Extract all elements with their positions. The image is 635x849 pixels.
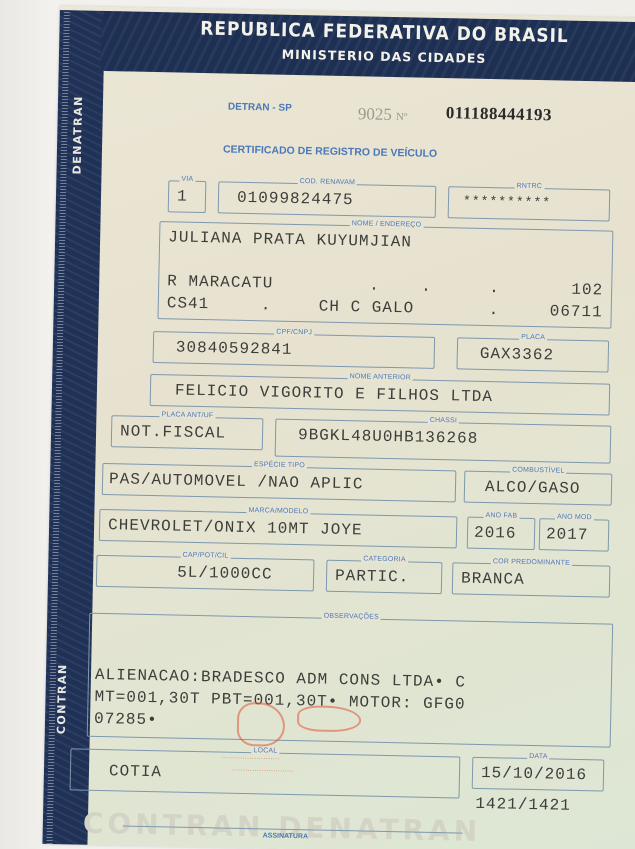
field-label: CAP/POT/CIL xyxy=(181,552,231,560)
field-year-manufacture: ANO FAB 2016 xyxy=(467,517,536,550)
field-label: ESPÉCIE TIPO xyxy=(252,461,307,469)
field-color: COR PREDOMINANTE BRANCA xyxy=(452,562,611,597)
field-name-address: NOME / ENDEREÇO JULIANA PRATA KUYUMJIAN … xyxy=(157,221,613,328)
field-label: COD. RENAVAM xyxy=(298,178,358,186)
field-via: VIA 1 xyxy=(168,180,207,213)
field-label: NOME ANTERIOR xyxy=(348,373,413,381)
field-category: CATEGORIA PARTIC. xyxy=(326,560,443,594)
field-value: 07285• xyxy=(94,710,158,729)
field-value: PARTIC. xyxy=(335,567,410,587)
side-label-contran: CONTRAN xyxy=(55,663,69,734)
stamp-text: ························· xyxy=(221,755,279,763)
field-previous-owner: NOME ANTERIOR FELICIO VIGORITO E FILHOS … xyxy=(150,374,611,416)
field-value: FELICIO VIGORITO E FILHOS LTDA xyxy=(175,381,493,406)
field-make-model: MARCA/MODELO CHEVROLET/ONIX 10MT JOYE xyxy=(99,509,458,548)
field-value: CHEVROLET/ONIX 10MT JOYE xyxy=(108,516,363,539)
field-value: BRANCA xyxy=(461,570,525,589)
street-number: 102 xyxy=(571,281,603,300)
owner-name: JULIANA PRATA KUYUMJIAN xyxy=(168,228,412,251)
field-value: 01099824475 xyxy=(237,189,354,209)
field-value: . xyxy=(369,277,380,295)
field-value: ALIENACAO:BRADESCO ADM CONS LTDA• C xyxy=(95,666,466,692)
stamp-text: ··························· xyxy=(231,767,294,775)
field-cpf-cnpj: CPF/CNPJ 30840592841 xyxy=(153,331,436,369)
field-value: 30840592841 xyxy=(176,339,293,359)
field-placa: PLACA GAX3362 xyxy=(456,337,609,372)
field-fuel: COMBUSTÍVEL ALCO/GASO xyxy=(464,471,613,506)
zip-code: 06711 xyxy=(550,302,603,321)
field-value: . xyxy=(489,279,500,297)
document-title: CERTIFICADO DE REGISTRO DE VEÍCULO xyxy=(223,143,437,159)
field-value: . xyxy=(261,296,272,314)
field-label: VIA xyxy=(179,176,195,183)
date-sub-code: 1421/1421 xyxy=(475,795,571,815)
field-label: LOCAL xyxy=(251,747,279,755)
field-label: CPF/CNPJ xyxy=(274,329,314,337)
signature-label: ASSINATURA xyxy=(263,832,309,840)
field-value: 1 xyxy=(177,187,188,205)
field-date: DATA 15/10/2016 xyxy=(472,757,605,792)
field-label: ANO FAB xyxy=(483,512,519,520)
field-value: 2016 xyxy=(474,524,517,543)
field-previous-plate: PLACA ANT/UF NOT.FISCAL xyxy=(111,415,264,450)
field-label: CHASSI xyxy=(428,417,459,425)
serial-number: 011188444193 xyxy=(446,103,553,125)
footer-watermark: CONTRAN DENATRAN xyxy=(83,807,482,848)
vehicle-registration-certificate: REPUBLICA FEDERATIVA DO BRASIL MINISTERI… xyxy=(42,6,635,849)
field-value: . xyxy=(421,278,432,296)
field-value: 9BGKL48U0HB136268 xyxy=(298,426,479,448)
field-label: MARCA/MODELO xyxy=(246,507,310,515)
field-value: PAS/AUTOMOVEL /NAO APLIC xyxy=(109,470,364,493)
street: R MARACATU xyxy=(167,272,273,292)
field-value: 15/10/2016 xyxy=(481,764,587,784)
field-species-type: ESPÉCIE TIPO PAS/AUTOMOVEL /NAO APLIC xyxy=(102,463,457,502)
side-label-denatran: DENATRAN xyxy=(70,95,85,174)
field-label: COMBUSTÍVEL xyxy=(510,467,567,475)
field-renavam: COD. RENAVAM 01099824475 xyxy=(218,181,437,218)
field-label: CATEGORIA xyxy=(361,555,408,563)
field-value: . xyxy=(489,301,500,319)
field-label: DATA xyxy=(527,753,550,760)
issuer-label: DETRAN - SP xyxy=(228,102,292,114)
field-label: NOME / ENDEREÇO xyxy=(350,220,424,229)
field-value: ********** xyxy=(463,193,551,210)
field-year-model: ANO MOD 2017 xyxy=(539,518,610,551)
field-value: 2017 xyxy=(546,525,589,544)
field-location: LOCAL COTIA ························· ··… xyxy=(70,748,461,798)
complement: CS41 xyxy=(167,294,210,313)
district: CH C GALO xyxy=(319,297,415,317)
field-label: ANO MOD xyxy=(555,513,594,521)
field-value: MT=001,30T PBT=001,30T• MOTOR: GFG0 xyxy=(94,688,465,714)
field-value: ALCO/GASO xyxy=(485,478,581,498)
field-label: PLACA ANT/UF xyxy=(159,411,215,419)
field-capacity: CAP/POT/CIL 5L/1000CC xyxy=(96,555,315,592)
field-rntrc: RNTRC ********** xyxy=(448,186,611,221)
field-value: GAX3362 xyxy=(480,345,555,365)
field-value: NOT.FISCAL xyxy=(120,422,226,442)
field-label: PLACA xyxy=(519,334,547,342)
field-value: COTIA xyxy=(109,762,162,781)
field-chassis: CHASSI 9BGKL48U0HB136268 xyxy=(275,419,612,464)
field-label: OBSERVAÇÕES xyxy=(322,613,381,621)
field-label: COR PREDOMINANTE xyxy=(491,558,572,567)
serial-prefix: 9025 Nº xyxy=(358,104,408,125)
field-label: RNTRC xyxy=(515,183,545,191)
field-value: 5L/1000CC xyxy=(177,564,273,584)
